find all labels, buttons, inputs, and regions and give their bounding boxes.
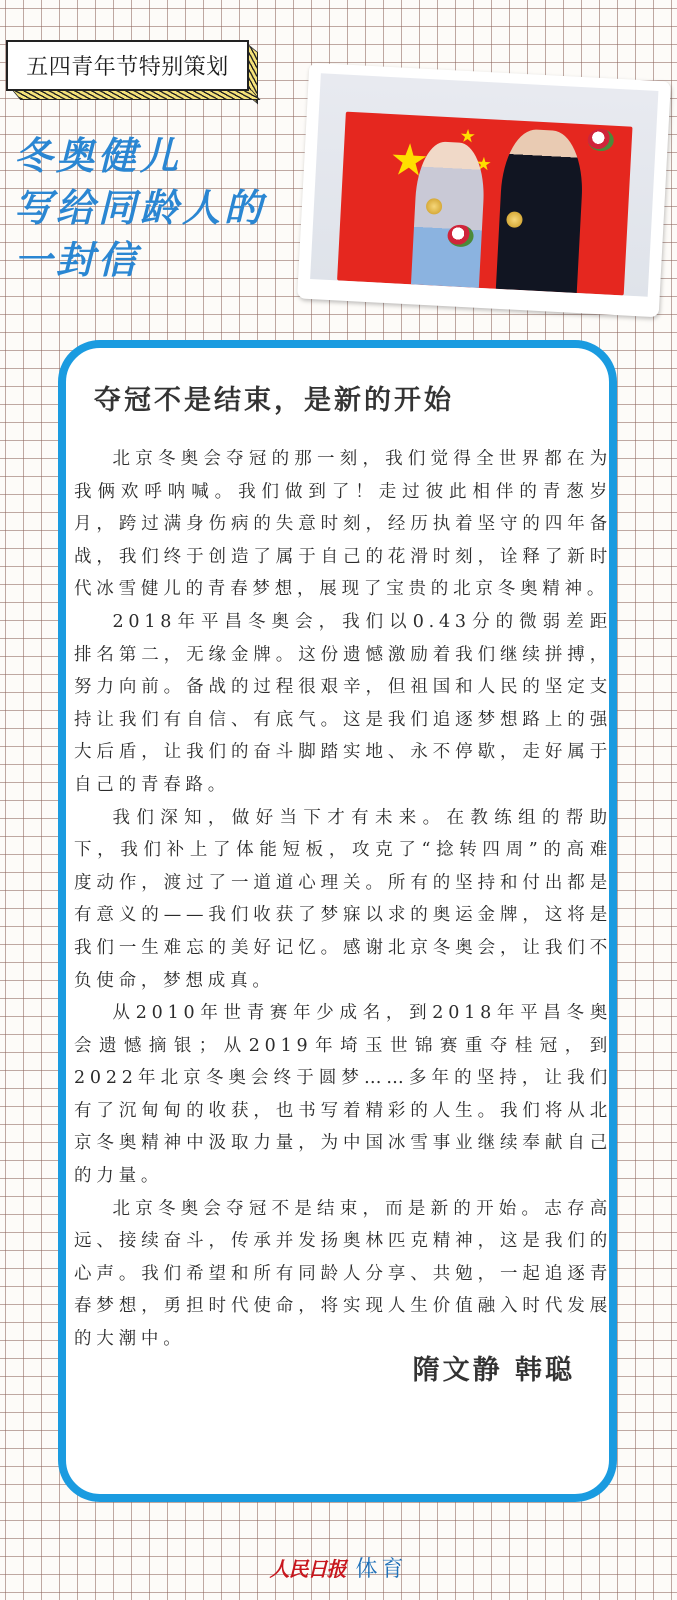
letter-body: 北京冬奥会夺冠的那一刻，我们觉得全世界都在为我俩欢呼呐喊。我们做到了！走过彼此相… <box>74 443 612 1356</box>
letter-title: 夺冠不是结束，是新的开始 <box>94 378 454 417</box>
letter-signature: 隋文静 韩聪 <box>413 1348 575 1387</box>
sports-section-label: 体育 <box>355 1552 407 1583</box>
skater-man <box>496 128 585 293</box>
letter-card: 夺冠不是结束，是新的开始 北京冬奥会夺冠的那一刻，我们觉得全世界都在为我俩欢呼呐… <box>58 340 617 1502</box>
headline-line: 一封信 <box>14 234 266 286</box>
footer-logo: 人民日报 体育 <box>0 1552 677 1583</box>
tag-stripe-shadow <box>12 90 260 100</box>
letter-paragraph: 从2010年世青赛年少成名，到2018年平昌冬奥会遗憾摘银；从2019年埼玉世锦… <box>74 997 612 1193</box>
letter-paragraph: 北京冬奥会夺冠不是结束，而是新的开始。志存高远、接续奋斗，传承并发扬奥林匹克精神… <box>74 1193 612 1356</box>
tag-box: 五四青年节特别策划 <box>6 40 249 91</box>
feature-tag: 五四青年节特别策划 <box>6 40 258 98</box>
gold-medal-icon <box>506 211 523 228</box>
headline: 冬奥健儿 写给同龄人的 一封信 <box>14 130 266 286</box>
peoples-daily-logo: 人民日报 <box>269 1553 345 1582</box>
letter-paragraph: 2018年平昌冬奥会，我们以0.43分的微弱差距排名第二，无缘金牌。这份遗憾激励… <box>74 606 612 802</box>
tag-label: 五四青年节特别策划 <box>26 50 229 81</box>
headline-line: 冬奥健儿 <box>14 130 266 182</box>
skater-woman <box>411 140 486 288</box>
headline-line: 写给同龄人的 <box>14 182 266 234</box>
letter-paragraph: 北京冬奥会夺冠的那一刻，我们觉得全世界都在为我俩欢呼呐喊。我们做到了！走过彼此相… <box>74 443 612 606</box>
photo-image: ★ ★ ★ ★ <box>310 73 658 296</box>
letter-paragraph: 我们深知，做好当下才有未来。在教练组的帮助下，我们补上了体能短板，攻克了“捻转四… <box>74 802 612 998</box>
photo-frame: ★ ★ ★ ★ <box>297 63 671 318</box>
